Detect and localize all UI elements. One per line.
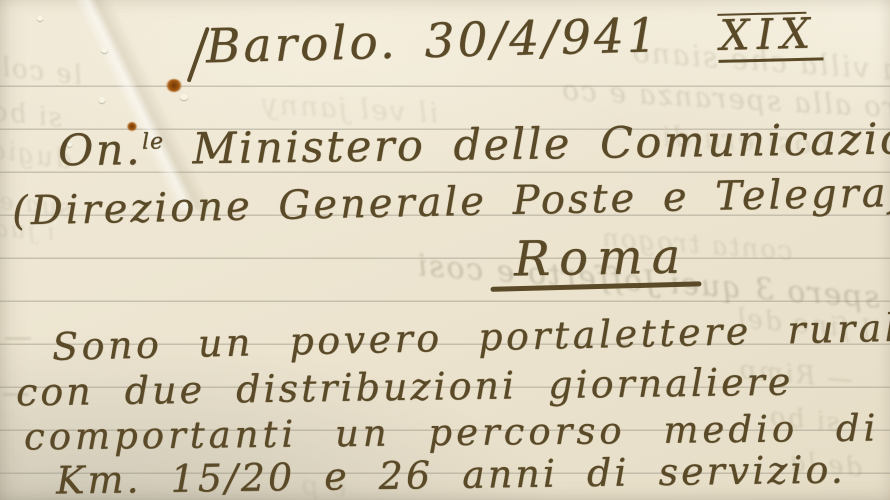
salutation-superscript: le — [142, 129, 164, 154]
place-date: Barolo. 30/4/941 — [205, 8, 660, 74]
body-line-4: Km. 15/20 e 26 anni di servizio. — [56, 450, 846, 499]
bleedthrough-fragment: — — [2, 320, 32, 353]
city-line: Roma — [506, 234, 697, 282]
letter-page: dalla villa che sianocontro alla speranz… — [0, 0, 890, 500]
recipient-line: On.le Ministero delle Comunicazioni — [58, 118, 890, 174]
bleedthrough-fragment: si bo — [0, 96, 64, 133]
paper-speck — [37, 16, 43, 21]
paper-speck — [99, 97, 105, 103]
body-line-2: con due distribuzioni giornaliere — [16, 363, 794, 412]
city-name: Roma — [506, 232, 698, 283]
bleedthrough-fragment: le colo — [0, 51, 83, 91]
paper-speck — [180, 94, 188, 100]
fascist-era-year: XIX — [717, 12, 824, 63]
ministry-name: Ministero delle Comunicazioni — [192, 114, 890, 175]
paper-speck — [101, 47, 108, 53]
letter-photo: dalla villa che sianocontro alla speranz… — [0, 0, 890, 500]
rust-stain — [166, 79, 182, 92]
salutation-abbr: On. — [58, 125, 143, 176]
